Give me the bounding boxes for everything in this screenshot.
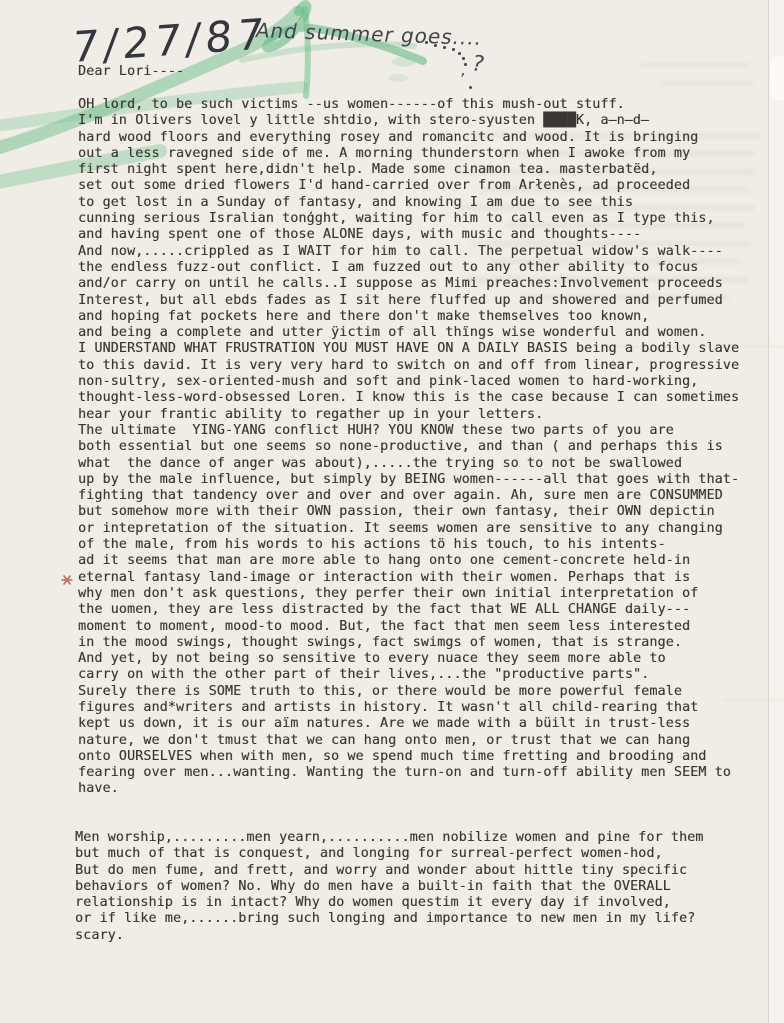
letter-body-paragraph-2: Men worship,.........men yearn,.........… <box>75 830 765 944</box>
letter-body-paragraph-1: OH lord, to be such victims --us women--… <box>78 97 750 798</box>
paper-edge-notch <box>769 56 784 100</box>
trail-comma: , <box>460 60 468 80</box>
trail-dot <box>425 41 428 44</box>
trail-question-mark: ? <box>469 51 487 77</box>
red-asterisk-mark <box>60 573 74 587</box>
handwritten-annotation: And summer goes.... <box>254 18 485 50</box>
handwritten-date: 7/27/87 <box>71 9 271 72</box>
paper-crease <box>0 140 40 141</box>
ink-ghost-smudge <box>640 62 750 68</box>
highlighter-residue <box>388 74 408 82</box>
letter-page: 7/27/87 And summer goes.... , ? Dear Lor… <box>0 0 784 1023</box>
trail-dot <box>434 44 437 47</box>
trail-period <box>469 86 472 89</box>
paper-right-edge <box>768 0 784 1023</box>
ink-ghost-smudge <box>660 80 755 86</box>
trail-dot <box>458 52 461 55</box>
trail-dot <box>452 48 455 51</box>
trail-dot <box>443 46 446 49</box>
salutation: Dear Lori---- <box>78 64 184 80</box>
highlighter-residue <box>392 57 416 67</box>
